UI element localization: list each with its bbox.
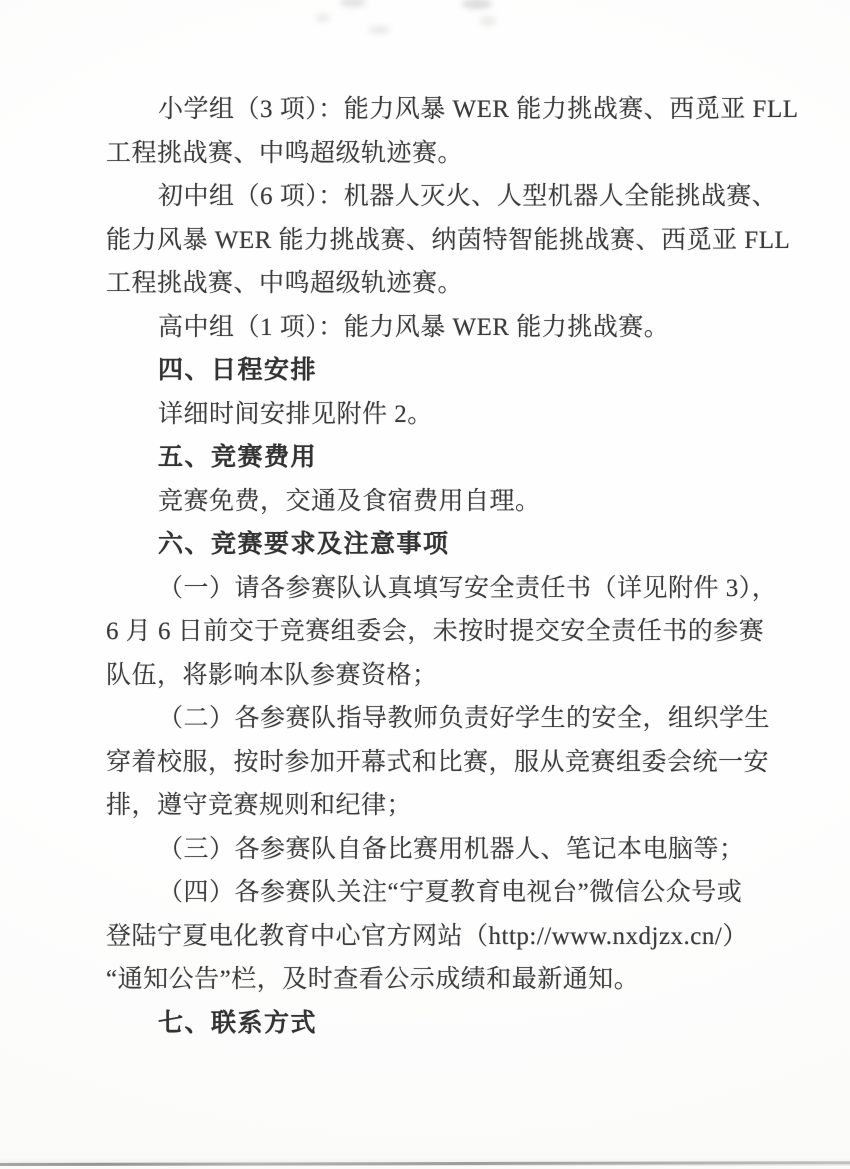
document-line: 高中组（1 项）：能力风暴 WER 能力挑战赛。 (106, 306, 786, 350)
document-line: 能力风暴 WER 能力挑战赛、纳茵特智能挑战赛、西觅亚 FLL (106, 219, 786, 263)
section-heading: 六、竞赛要求及注意事项 (106, 523, 786, 567)
document-line: （一）请各参赛队认真填写安全责任书（详见附件 3）， (106, 567, 786, 611)
scan-smudge (480, 16, 496, 26)
scanned-page: 小学组（3 项）：能力风暴 WER 能力挑战赛、西觅亚 FLL工程挑战赛、中鸣超… (0, 0, 850, 1169)
document-line: 工程挑战赛、中鸣超级轨迹赛。 (106, 262, 786, 306)
document-line: 队伍，将影响本队参赛资格； (106, 654, 786, 698)
scan-smudge (462, 0, 492, 9)
document-line: 初中组（6 项）：机器人灭火、人型机器人全能挑战赛、 (106, 175, 786, 219)
document-line: “通知公告”栏，及时查看公示成绩和最新通知。 (106, 958, 786, 1002)
document-line: （四）各参赛队关注“宁夏教育电视台”微信公众号或 (106, 871, 786, 915)
document-line: 穿着校服，按时参加开幕式和比赛，服从竞赛组委会统一安 (106, 741, 786, 785)
document-line: 6 月 6 日前交于竞赛组委会，未按时提交安全责任书的参赛 (106, 610, 786, 654)
document-line: 工程挑战赛、中鸣超级轨迹赛。 (106, 132, 786, 176)
scan-smudge (340, 0, 366, 7)
section-heading: 五、竞赛费用 (106, 436, 786, 480)
scan-smudge (368, 26, 390, 34)
document-line: （二）各参赛队指导教师负责好学生的安全，组织学生 (106, 697, 786, 741)
document-line: （三）各参赛队自备比赛用机器人、笔记本电脑等； (106, 828, 786, 872)
document-line: 详细时间安排见附件 2。 (106, 393, 786, 437)
scan-bottom-edge-line (0, 1161, 850, 1165)
scan-smudge (316, 14, 330, 22)
document-line: 小学组（3 项）：能力风暴 WER 能力挑战赛、西觅亚 FLL (106, 88, 786, 132)
section-heading: 七、联系方式 (106, 1002, 786, 1046)
document-body: 小学组（3 项）：能力风暴 WER 能力挑战赛、西觅亚 FLL工程挑战赛、中鸣超… (106, 88, 786, 1045)
document-line: 排，遵守竞赛规则和纪律； (106, 784, 786, 828)
document-line: 竞赛免费，交通及食宿费用自理。 (106, 480, 786, 524)
document-line: 登陆宁夏电化教育中心官方网站（http://www.nxdjzx.cn/） (106, 915, 786, 959)
section-heading: 四、日程安排 (106, 349, 786, 393)
scan-bottom-shadow (0, 1158, 850, 1166)
